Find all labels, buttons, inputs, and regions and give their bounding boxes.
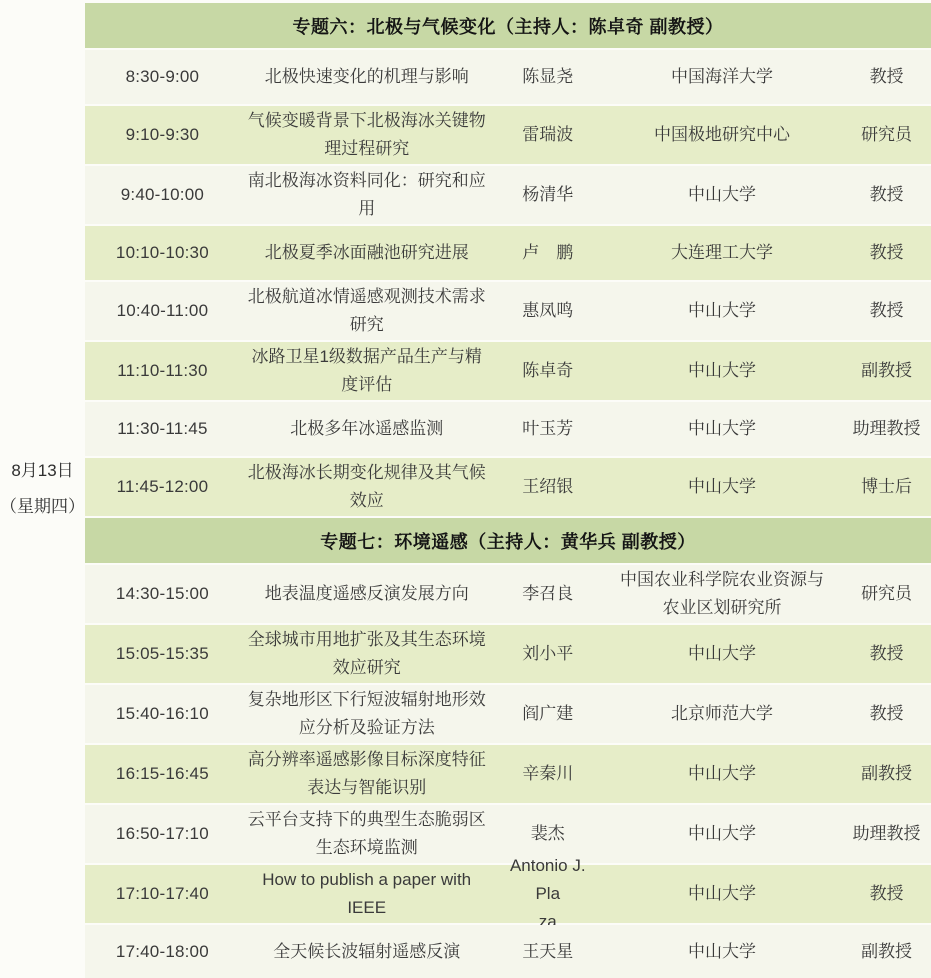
talk-affiliation: 中山大学 bbox=[602, 458, 842, 516]
talk-title: 冰路卫星1级数据产品生产与精 度评估 bbox=[240, 342, 494, 400]
session-header-row: 专题六：北极与气候变化（主持人：陈卓奇 副教授） bbox=[85, 3, 931, 48]
talk-time: 10:10-10:30 bbox=[85, 226, 240, 280]
talk-affiliation: 中山大学 bbox=[602, 805, 842, 863]
talk-title: 北极夏季冰面融池研究进展 bbox=[240, 226, 494, 280]
talk-rank: 副教授 bbox=[842, 745, 931, 803]
talk-title: 气候变暖背景下北极海冰关键物 理过程研究 bbox=[240, 106, 494, 164]
talk-speaker: 王天星 bbox=[494, 925, 602, 978]
talk-rank: 研究员 bbox=[842, 565, 931, 623]
session-header-label: 专题六：北极与气候变化（主持人：陈卓奇 副教授） bbox=[293, 13, 724, 39]
talk-rank: 教授 bbox=[842, 50, 931, 104]
talk-speaker: 王绍银 bbox=[494, 458, 602, 516]
talk-speaker: 卢 鹏 bbox=[494, 226, 602, 280]
talk-time: 17:10-17:40 bbox=[85, 865, 240, 923]
talk-affiliation: 中山大学 bbox=[602, 402, 842, 456]
talk-affiliation: 中山大学 bbox=[602, 166, 842, 224]
talk-row: 15:05-15:35全球城市用地扩张及其生态环境 效应研究刘小平中山大学教授 bbox=[85, 625, 931, 683]
talk-time: 8:30-9:00 bbox=[85, 50, 240, 104]
talk-row: 15:40-16:10复杂地形区下行短波辐射地形效 应分析及验证方法阎广建北京师… bbox=[85, 685, 931, 743]
talk-row: 14:30-15:00地表温度遥感反演发展方向李召良中国农业科学院农业资源与 农… bbox=[85, 565, 931, 623]
talk-row: 10:10-10:30北极夏季冰面融池研究进展卢 鹏大连理工大学教授 bbox=[85, 226, 931, 280]
talk-time: 11:10-11:30 bbox=[85, 342, 240, 400]
conference-schedule-page: 8月13日 （星期四） 专题六：北极与气候变化（主持人：陈卓奇 副教授）8:30… bbox=[0, 0, 931, 978]
talk-row: 9:40-10:00南北极海冰资料同化：研究和应 用杨清华中山大学教授 bbox=[85, 166, 931, 224]
talk-title: 地表温度遥感反演发展方向 bbox=[240, 565, 494, 623]
talk-title: 北极航道冰情遥感观测技术需求 研究 bbox=[240, 282, 494, 340]
talk-title: 北极快速变化的机理与影响 bbox=[240, 50, 494, 104]
talk-time: 16:50-17:10 bbox=[85, 805, 240, 863]
talk-affiliation: 中山大学 bbox=[602, 342, 842, 400]
talk-row: 8:30-9:00北极快速变化的机理与影响陈显尧中国海洋大学教授 bbox=[85, 50, 931, 104]
talk-speaker: 陈显尧 bbox=[494, 50, 602, 104]
talk-title: 南北极海冰资料同化：研究和应 用 bbox=[240, 166, 494, 224]
talk-speaker: 李召良 bbox=[494, 565, 602, 623]
talk-speaker: 叶玉芳 bbox=[494, 402, 602, 456]
talk-rank: 研究员 bbox=[842, 106, 931, 164]
talk-title: 北极多年冰遥感监测 bbox=[240, 402, 494, 456]
session-date: 8月13日 （星期四） bbox=[0, 453, 85, 524]
talk-speaker: 雷瑞波 bbox=[494, 106, 602, 164]
talk-row: 17:40-18:00全天候长波辐射遥感反演王天星中山大学副教授 bbox=[85, 925, 931, 978]
talk-rank: 副教授 bbox=[842, 925, 931, 978]
talk-time: 11:30-11:45 bbox=[85, 402, 240, 456]
talk-affiliation: 中国农业科学院农业资源与 农业区划研究所 bbox=[602, 565, 842, 623]
talk-title: 云平台支持下的典型生态脆弱区 生态环境监测 bbox=[240, 805, 494, 863]
talk-time: 10:40-11:00 bbox=[85, 282, 240, 340]
talk-affiliation: 中国海洋大学 bbox=[602, 50, 842, 104]
talk-affiliation: 大连理工大学 bbox=[602, 226, 842, 280]
talk-affiliation: 中山大学 bbox=[602, 925, 842, 978]
talk-row: 9:10-9:30气候变暖背景下北极海冰关键物 理过程研究雷瑞波中国极地研究中心… bbox=[85, 106, 931, 164]
talk-rank: 教授 bbox=[842, 226, 931, 280]
talk-time: 9:10-9:30 bbox=[85, 106, 240, 164]
talk-affiliation: 中山大学 bbox=[602, 625, 842, 683]
talk-rank: 教授 bbox=[842, 166, 931, 224]
session-date-line2: （星期四） bbox=[0, 489, 85, 525]
talk-title: 高分辨率遥感影像目标深度特征 表达与智能识别 bbox=[240, 745, 494, 803]
talk-rank: 教授 bbox=[842, 865, 931, 923]
talk-time: 17:40-18:00 bbox=[85, 925, 240, 978]
talk-time: 9:40-10:00 bbox=[85, 166, 240, 224]
talk-row: 11:10-11:30冰路卫星1级数据产品生产与精 度评估陈卓奇中山大学副教授 bbox=[85, 342, 931, 400]
talk-speaker: 阎广建 bbox=[494, 685, 602, 743]
talk-speaker: 惠凤鸣 bbox=[494, 282, 602, 340]
talk-rank: 助理教授 bbox=[842, 805, 931, 863]
talk-title: 全球城市用地扩张及其生态环境 效应研究 bbox=[240, 625, 494, 683]
talk-affiliation: 中山大学 bbox=[602, 865, 842, 923]
talk-time: 15:40-16:10 bbox=[85, 685, 240, 743]
talk-speaker: 刘小平 bbox=[494, 625, 602, 683]
talk-affiliation: 中山大学 bbox=[602, 745, 842, 803]
talk-time: 15:05-15:35 bbox=[85, 625, 240, 683]
talk-time: 11:45-12:00 bbox=[85, 458, 240, 516]
talk-speaker: 杨清华 bbox=[494, 166, 602, 224]
talk-rank: 教授 bbox=[842, 625, 931, 683]
talk-rank: 助理教授 bbox=[842, 402, 931, 456]
talk-row: 11:30-11:45北极多年冰遥感监测叶玉芳中山大学助理教授 bbox=[85, 402, 931, 456]
talk-rank: 博士后 bbox=[842, 458, 931, 516]
talk-affiliation: 北京师范大学 bbox=[602, 685, 842, 743]
talk-row: 16:15-16:45高分辨率遥感影像目标深度特征 表达与智能识别辛秦川中山大学… bbox=[85, 745, 931, 803]
talk-rank: 教授 bbox=[842, 685, 931, 743]
talk-time: 14:30-15:00 bbox=[85, 565, 240, 623]
talk-row: 11:45-12:00北极海冰长期变化规律及其气候 效应王绍银中山大学博士后 bbox=[85, 458, 931, 516]
talk-row: 10:40-11:00北极航道冰情遥感观测技术需求 研究惠凤鸣中山大学教授 bbox=[85, 282, 931, 340]
talk-title: 北极海冰长期变化规律及其气候 效应 bbox=[240, 458, 494, 516]
talk-rank: 副教授 bbox=[842, 342, 931, 400]
session-date-line1: 8月13日 bbox=[0, 453, 85, 489]
schedule-table: 专题六：北极与气候变化（主持人：陈卓奇 副教授）8:30-9:00北极快速变化的… bbox=[85, 0, 931, 978]
talk-title: 全天候长波辐射遥感反演 bbox=[240, 925, 494, 978]
talk-speaker: 陈卓奇 bbox=[494, 342, 602, 400]
session-header-label: 专题七：环境遥感（主持人：黄华兵 副教授） bbox=[320, 528, 696, 554]
session-header-row: 专题七：环境遥感（主持人：黄华兵 副教授） bbox=[85, 518, 931, 563]
talk-time: 16:15-16:45 bbox=[85, 745, 240, 803]
talk-affiliation: 中山大学 bbox=[602, 282, 842, 340]
talk-speaker: 辛秦川 bbox=[494, 745, 602, 803]
talk-title: How to publish a paper with IEEE bbox=[240, 865, 494, 923]
talk-speaker: Antonio J. Pla za bbox=[494, 865, 602, 923]
date-column: 8月13日 （星期四） bbox=[0, 0, 85, 978]
talk-row: 17:10-17:40How to publish a paper with I… bbox=[85, 865, 931, 923]
talk-title: 复杂地形区下行短波辐射地形效 应分析及验证方法 bbox=[240, 685, 494, 743]
talk-affiliation: 中国极地研究中心 bbox=[602, 106, 842, 164]
talk-rank: 教授 bbox=[842, 282, 931, 340]
